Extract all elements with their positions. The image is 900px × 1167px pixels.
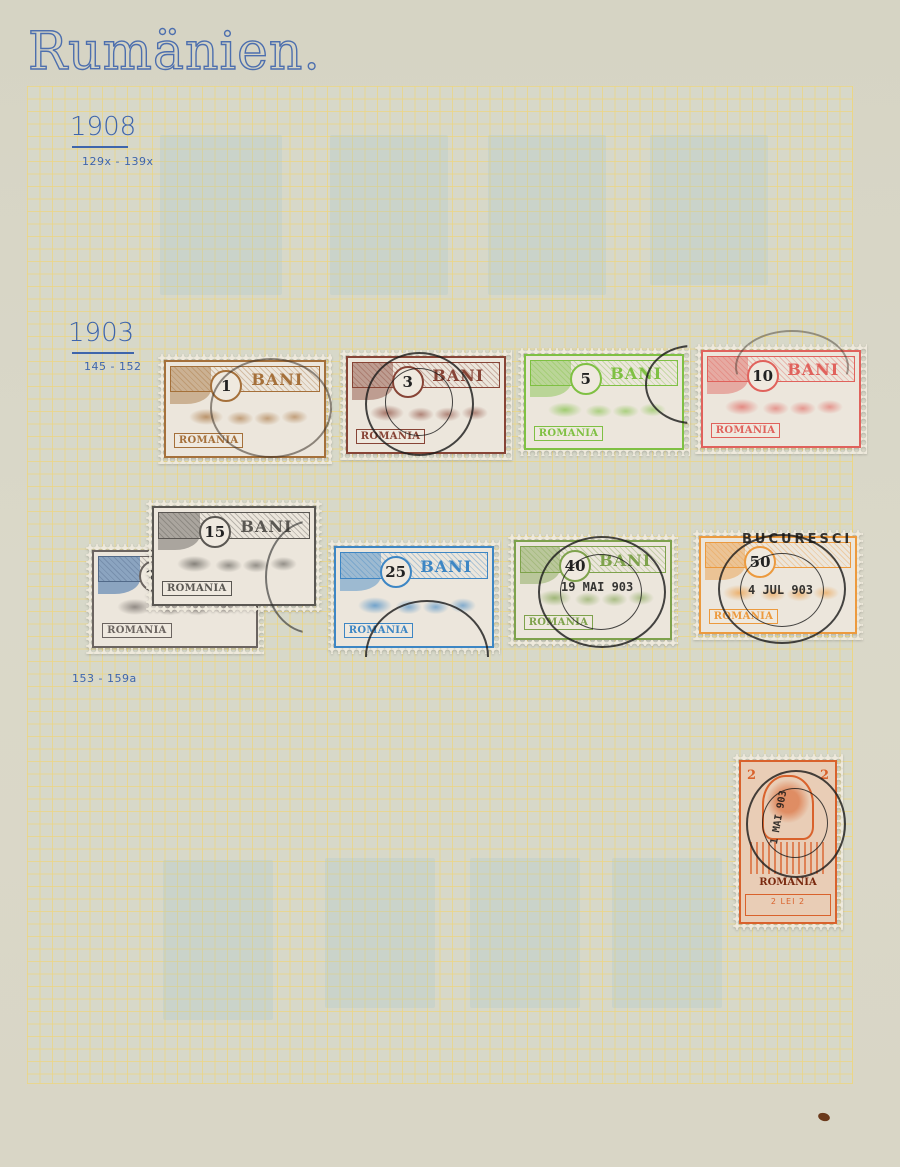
- mail-coach-illustration: [715, 391, 849, 419]
- stamp-2-lei[interactable]: 2 2 ROMANIA 2 LEI 2: [733, 754, 843, 930]
- stamp-country: ROMANIA: [344, 623, 414, 638]
- stamp-value: 5: [570, 363, 602, 395]
- stamp-value: 15: [199, 516, 231, 548]
- corner-value: 2: [747, 768, 756, 783]
- empty-stamp-slot: [163, 860, 273, 1020]
- mail-coach-illustration: [167, 548, 305, 577]
- empty-stamp-slot: [650, 135, 768, 285]
- stamp-50-bani[interactable]: 50 ROMANIA: [693, 530, 863, 640]
- catalog-range: 145 - 152: [84, 360, 141, 373]
- stamp-value: 3: [392, 366, 424, 398]
- stamp-15-bani[interactable]: 15 BANI ROMANIA: [146, 500, 322, 612]
- stamp-unit: BANI: [240, 517, 292, 536]
- stamp-5-bani[interactable]: 5 BANI ROMANIA: [518, 348, 690, 456]
- stamp-1-bani[interactable]: 1 BANI ROMANIA: [158, 354, 332, 464]
- stamp-unit: BANI: [787, 360, 839, 379]
- mail-coach-illustration: [528, 582, 660, 611]
- empty-stamp-slot: [488, 135, 606, 295]
- empty-stamp-slot: [470, 858, 580, 1008]
- stamp-3-bani[interactable]: 3 BANI ROMANIA: [340, 350, 512, 460]
- section-year: 1903: [68, 318, 134, 348]
- section-year: 1908: [70, 112, 136, 142]
- paper-stain: [817, 1112, 831, 1123]
- stamp-value: 2 LEI 2: [745, 894, 832, 915]
- stamp-country: ROMANIA: [162, 581, 232, 596]
- year-underline: [72, 352, 134, 354]
- stamp-10-bani[interactable]: 10 BANI ROMANIA: [695, 344, 867, 454]
- corner-value: 2: [820, 768, 829, 783]
- stamp-country: ROMANIA: [741, 877, 835, 888]
- stamp-unit: BANI: [432, 366, 484, 385]
- stamp-country: ROMANIA: [711, 423, 781, 438]
- king-portrait: [762, 775, 815, 840]
- stamp-25-bani[interactable]: 25 BANI ROMANIA: [328, 540, 500, 654]
- mail-coach-illustration: [538, 395, 672, 423]
- stamp-value: 1: [210, 370, 242, 402]
- stamp-country: ROMANIA: [524, 615, 594, 630]
- stamp-value: 10: [747, 360, 779, 392]
- empty-stamp-slot: [330, 135, 448, 295]
- catalog-range: 153 - 159a: [72, 672, 137, 685]
- country-heading: Rumänien.: [28, 22, 321, 82]
- empty-stamp-slot: [160, 135, 282, 295]
- year-underline: [72, 146, 128, 148]
- stamp-country: ROMANIA: [534, 426, 604, 441]
- album-page: Rumänien. 1908 129x - 139x 1903 145 - 15…: [0, 0, 900, 1167]
- stamp-unit: BANI: [610, 364, 662, 383]
- building-illustration: [750, 842, 825, 874]
- stamp-value: 40: [559, 550, 591, 582]
- stamp-unit: BANI: [420, 557, 472, 576]
- stamp-country: ROMANIA: [356, 429, 426, 444]
- mail-coach-illustration: [348, 589, 482, 618]
- stamp-value: 25: [380, 556, 412, 588]
- stamp-value: 50: [744, 546, 776, 578]
- catalog-range: 129x - 139x: [82, 155, 153, 168]
- empty-stamp-slot: [325, 858, 435, 1008]
- stamp-unit: BANI: [251, 370, 303, 389]
- mail-coach-illustration: [360, 397, 494, 425]
- stamp-country: ROMANIA: [174, 433, 244, 448]
- stamp-country: ROMANIA: [709, 609, 779, 624]
- stamp-country: ROMANIA: [102, 623, 172, 638]
- empty-stamp-slot: [612, 858, 722, 1008]
- mail-coach-illustration: [179, 401, 315, 429]
- stamp-unit: BANI: [599, 551, 651, 570]
- mail-coach-illustration: [713, 577, 845, 605]
- stamp-40-bani[interactable]: 40 BANI ROMANIA: [508, 534, 678, 646]
